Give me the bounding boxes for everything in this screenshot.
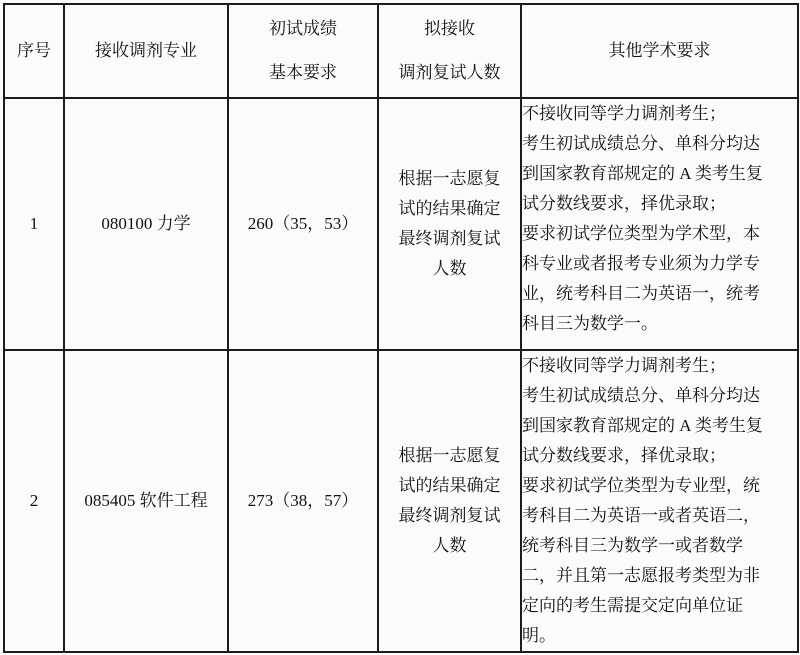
table-row: 2 085405 软件工程 273（38，57） 根据一志愿复 试的结果确定 最… xyxy=(4,350,798,652)
cell-major: 080100 力学 xyxy=(64,98,228,350)
document-page: 序号 接收调剂专业 初试成绩 基本要求 拟接收 调剂复试人数 其他学术要求 1 … xyxy=(0,0,800,655)
cell-major: 085405 软件工程 xyxy=(64,350,228,652)
header-major: 接收调剂专业 xyxy=(64,4,228,98)
table-row: 1 080100 力学 260（35，53） 根据一志愿复 试的结果确定 最终调… xyxy=(4,98,798,350)
header-seq: 序号 xyxy=(4,4,64,98)
transfer-admission-table: 序号 接收调剂专业 初试成绩 基本要求 拟接收 调剂复试人数 其他学术要求 1 … xyxy=(3,3,799,653)
table-header-row: 序号 接收调剂专业 初试成绩 基本要求 拟接收 调剂复试人数 其他学术要求 xyxy=(4,4,798,98)
cell-seq: 2 xyxy=(4,350,64,652)
cell-quota: 根据一志愿复 试的结果确定 最终调剂复试 人数 xyxy=(378,98,521,350)
cell-seq: 1 xyxy=(4,98,64,350)
header-score-requirement: 初试成绩 基本要求 xyxy=(228,4,378,98)
cell-score: 260（35，53） xyxy=(228,98,378,350)
cell-quota: 根据一志愿复 试的结果确定 最终调剂复试 人数 xyxy=(378,350,521,652)
cell-requirements: 不接收同等学力调剂考生； 考生初试成绩总分、单科分均达 到国家教育部规定的 A … xyxy=(521,350,798,652)
cell-requirements: 不接收同等学力调剂考生； 考生初试成绩总分、单科分均达 到国家教育部规定的 A … xyxy=(521,98,798,350)
header-other-requirements: 其他学术要求 xyxy=(521,4,798,98)
header-planned-quota: 拟接收 调剂复试人数 xyxy=(378,4,521,98)
cell-score: 273（38，57） xyxy=(228,350,378,652)
